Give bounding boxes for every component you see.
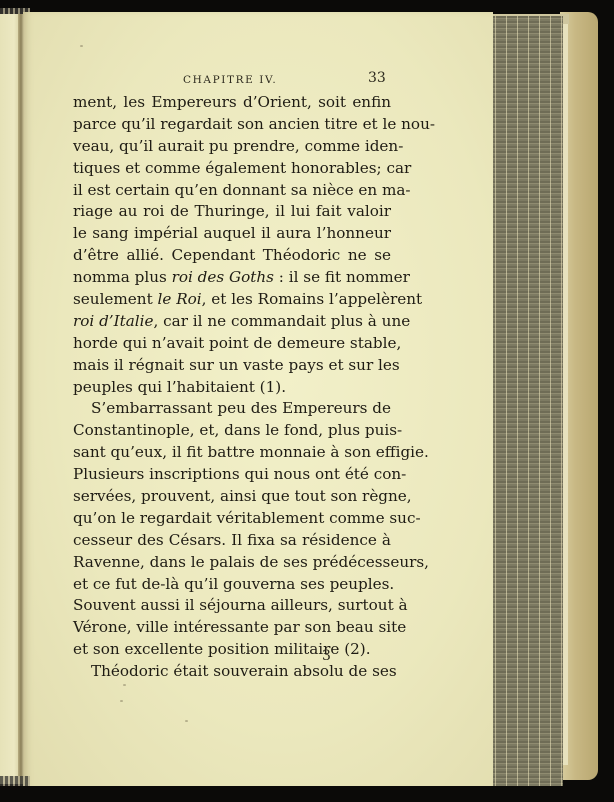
- text-line: il est certain qu’en donnant sa nièce en…: [73, 180, 391, 202]
- text-line: Plusieurs inscriptions qui nous ont été …: [73, 464, 391, 486]
- text-line: riage au roi de Thuringe, il lui fait va…: [73, 201, 391, 223]
- text-line: parce qu’il regardait son ancien titre e…: [73, 114, 391, 136]
- text-line: d’être allié. Cependant Théodoric ne se: [73, 245, 391, 267]
- signature-mark: 3: [322, 648, 331, 664]
- text-line: ment, les Empereurs d’Orient, soit enfin: [73, 92, 391, 114]
- text-run: seulement: [73, 290, 158, 308]
- page-fore-edge: [489, 16, 563, 786]
- text-line: Constantinople, et, dans le fond, plus p…: [73, 420, 391, 442]
- text-line: nomma plus roi des Goths : il se fit nom…: [73, 267, 391, 289]
- text-run: , et les Romains l’appelèrent: [202, 290, 423, 308]
- body-text: ment, les Empereurs d’Orient, soit enfin…: [73, 92, 391, 683]
- text-line: Souvent aussi il séjourna ailleurs, surt…: [73, 595, 391, 617]
- italic-title: le Roi: [158, 290, 202, 308]
- gutter: [18, 14, 24, 784]
- background-shadow: [0, 786, 614, 802]
- text-line: sant qu’eux, il fit battre monnaie à son…: [73, 442, 391, 464]
- text-line: seulement le Roi, et les Romains l’appel…: [73, 289, 391, 311]
- facing-page-edge: [0, 14, 20, 784]
- text-line: horde qui n’avait point de demeure stabl…: [73, 333, 391, 355]
- text-run: , car il ne commandait plus à une: [154, 312, 411, 330]
- text-line: mais il régnait sur un vaste pays et sur…: [73, 355, 391, 377]
- italic-title: roi des Goths: [172, 268, 274, 286]
- text-line: Ravenne, dans le palais de ses prédécess…: [73, 552, 391, 574]
- paragraph-start-line: S’embarrassant peu des Empereurs de: [73, 398, 391, 420]
- text-line: qu’on le regardait véritablement comme s…: [73, 508, 391, 530]
- text-line: cesseur des Césars. Il fixa sa résidence…: [73, 530, 391, 552]
- paragraph-start-line: Théodoric était souverain absolu de ses: [73, 661, 391, 683]
- text-line: peuples qui l’habitaient (1).: [73, 377, 391, 399]
- text-line: Vérone, ville intéressante par son beau …: [73, 617, 391, 639]
- running-head: CHAPITRE IV.: [183, 74, 277, 86]
- book-scan: CHAPITRE IV. 33 ment, les Empereurs d’Or…: [0, 0, 614, 802]
- text-line: et son excellente position militaire (2)…: [73, 639, 391, 661]
- italic-title: roi d’Italie: [73, 312, 154, 330]
- text-line: le sang impérial auquel il aura l’honneu…: [73, 223, 391, 245]
- text-line: servées, prouvent, ainsi que tout son rè…: [73, 486, 391, 508]
- text-line: tiques et comme également honorables; ca…: [73, 158, 391, 180]
- page-number: 33: [368, 70, 386, 86]
- text-run: nomma plus: [73, 268, 172, 286]
- text-line: et ce fut de-là qu’il gouverna ses peupl…: [73, 574, 391, 596]
- binding-stitch-bottom: [0, 776, 30, 786]
- text-line: veau, qu’il aurait pu prendre, comme ide…: [73, 136, 391, 158]
- text-run: : il se fit nommer: [274, 268, 410, 286]
- text-line: roi d’Italie, car il ne commandait plus …: [73, 311, 391, 333]
